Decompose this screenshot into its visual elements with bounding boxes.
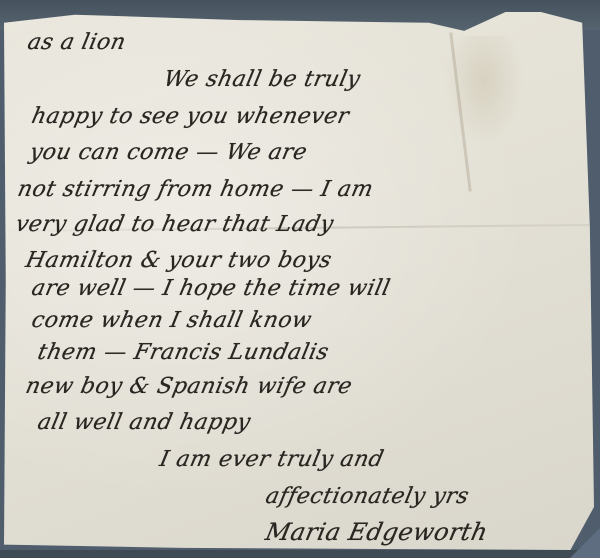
letter-line: We shall be truly [161,67,362,92]
letter-line: as a lion [25,30,128,55]
letter-line: not stirring from home — I am [15,177,375,202]
letter-line: come when I shall know [29,308,314,333]
letter-line: are well — I hope the time will [29,276,392,301]
letter-line: Hamilton & your two boys [23,248,334,273]
letter-line: very glad to hear that Lady [13,212,336,237]
letter-line-closing: affectionately yrs [263,484,471,509]
letter-paper: as a lion We shall be truly happy to see… [4,12,594,550]
letter-line: them — Francis Lundalis [35,340,331,365]
letter-line: all well and happy [35,410,253,435]
letter-line: new boy & Spanish wife are [23,374,354,399]
letter-line-closing: I am ever truly and [157,447,386,472]
signature: Maria Edgeworth [263,518,490,546]
backdrop-bottom [0,550,600,558]
paper-corner-cut [570,528,600,558]
letter-line: you can come — We are [27,140,309,165]
letter-line: happy to see you whenever [29,104,351,129]
